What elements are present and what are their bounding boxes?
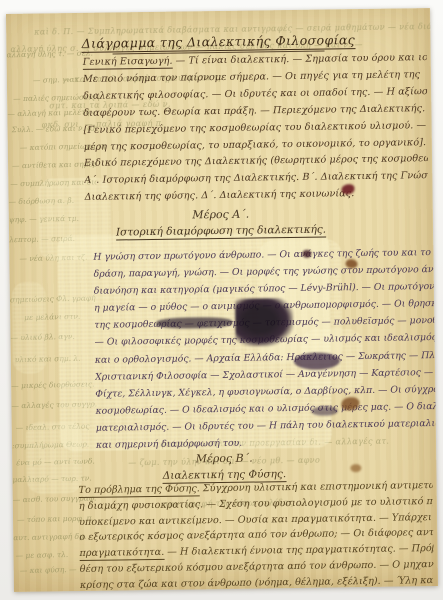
ink-stain bbox=[341, 397, 359, 410]
ink-stain bbox=[294, 352, 340, 370]
ink-stain bbox=[345, 259, 357, 268]
ink-stain bbox=[311, 406, 337, 415]
ink-stain bbox=[156, 317, 232, 329]
stain-layer bbox=[6, 8, 438, 592]
scanned-manuscript-photo: καὶ δ. Π. — Συμπληρωματικά διαβάσματα κα… bbox=[0, 0, 443, 600]
ink-stain bbox=[235, 298, 294, 347]
manuscript-page: καὶ δ. Π. — Συμπληρωματικά διαβάσματα κα… bbox=[6, 8, 438, 592]
ink-stain bbox=[302, 250, 311, 258]
ink-stain bbox=[341, 184, 354, 194]
ink-stain bbox=[350, 464, 361, 472]
